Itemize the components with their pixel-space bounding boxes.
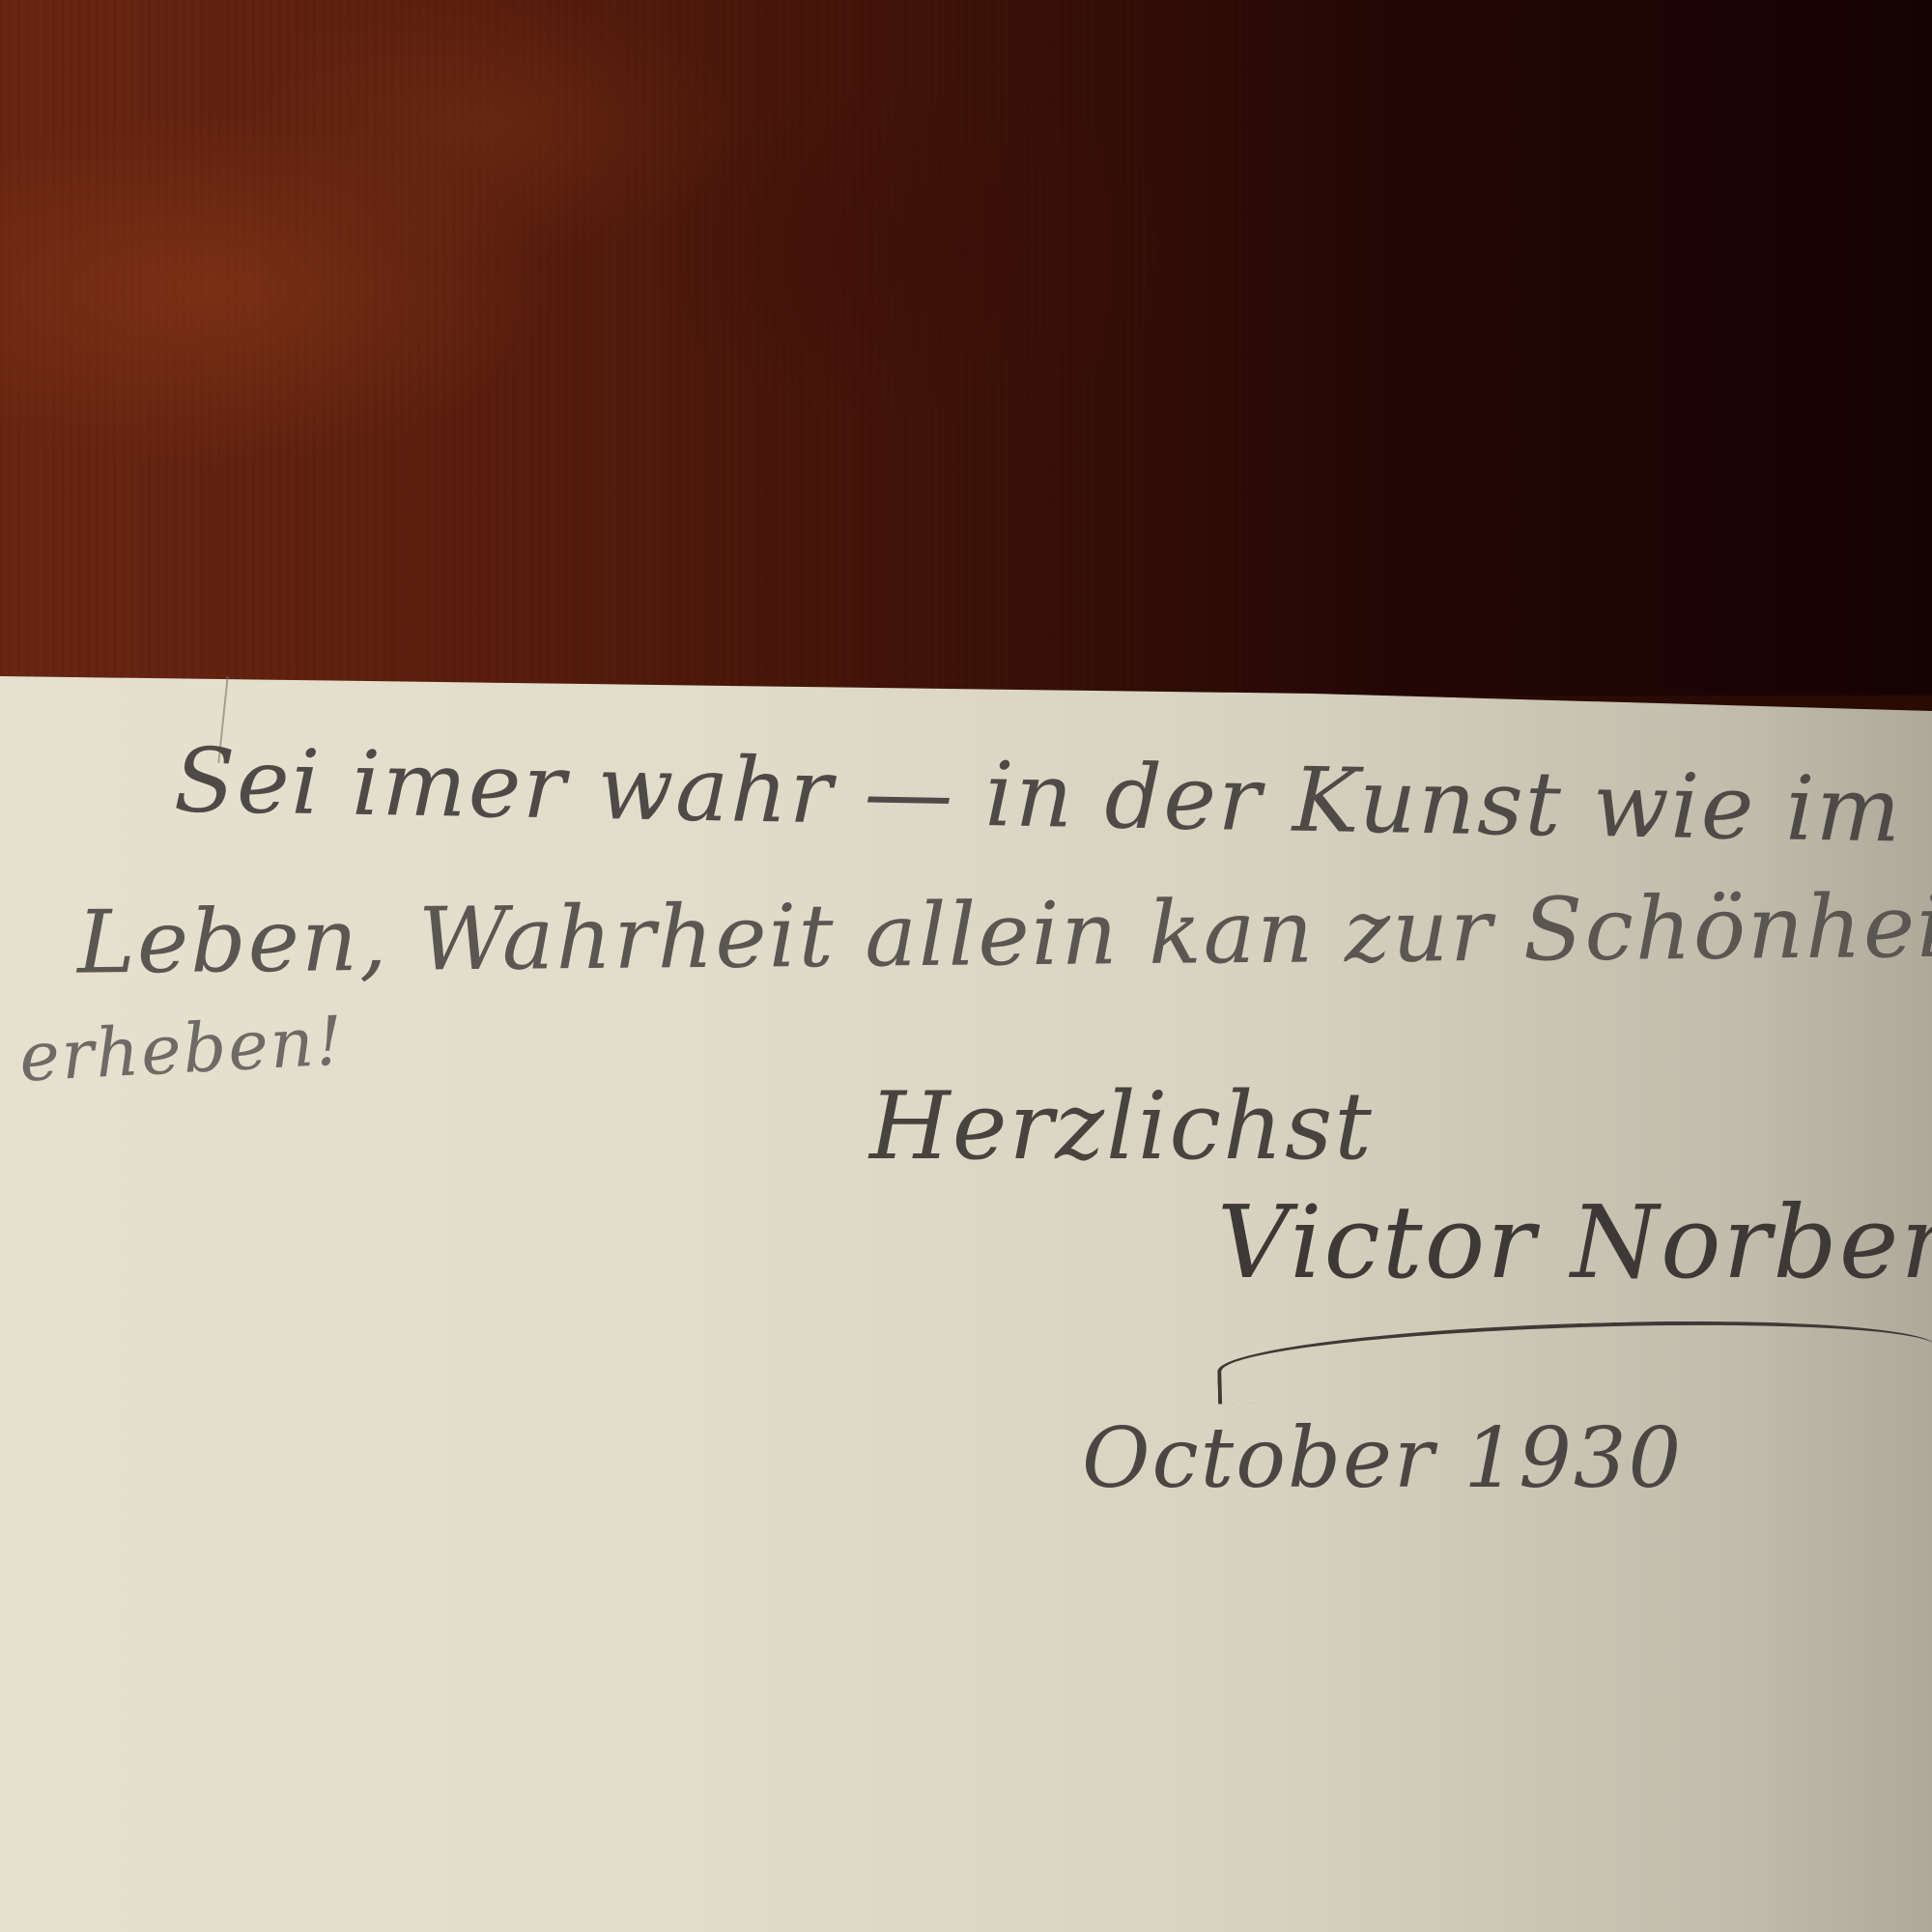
wooden-table (0, 0, 1932, 696)
closing-salutation: Herzlichst (869, 1072, 1374, 1180)
date: October 1930 (1082, 1410, 1683, 1507)
signature: Victor Norbert (1217, 1183, 1932, 1301)
note-line-2: Leben, Wahrheit allein kan zur Schönheit (77, 875, 1932, 993)
paper-sheet (0, 676, 1932, 1932)
